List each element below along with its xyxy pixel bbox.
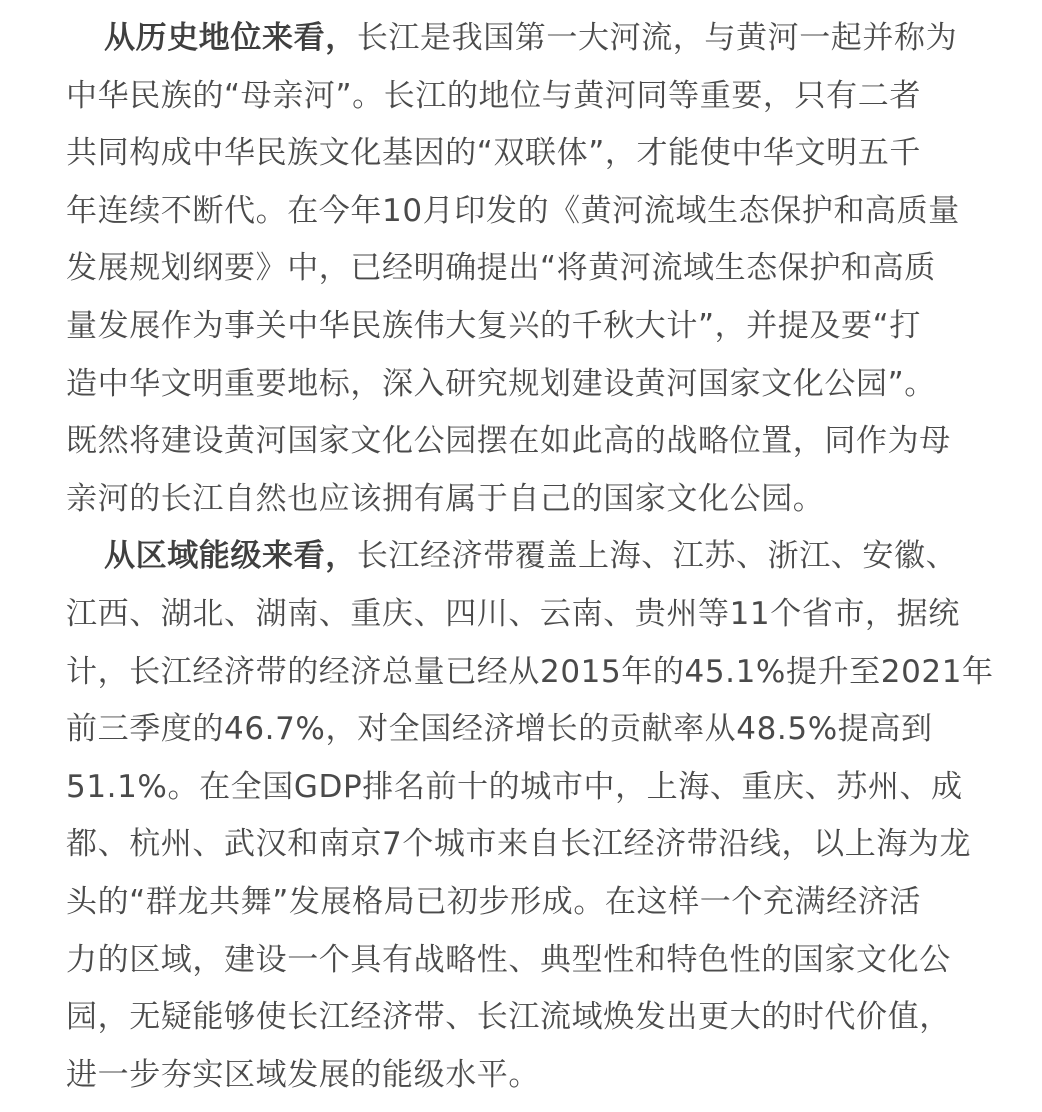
- text-line: 从区域能级来看，长江经济带覆盖上海、江苏、浙江、安徽、: [66, 528, 996, 586]
- paragraph-lead-bold: 从历史地位来看，: [104, 20, 357, 56]
- text-line: 江西、湖北、湖南、重庆、四川、云南、贵州等11个省市，据统: [66, 586, 996, 644]
- text-line: 园，无疑能够使长江经济带、长江流域焕发出更大的时代价值，: [66, 989, 996, 1047]
- text-line: 亲河的长江自然也应该拥有属于自己的国家文化公园。: [66, 471, 996, 529]
- text-line: 进一步夯实区域发展的能级水平。: [66, 1047, 996, 1105]
- text-line: 从历史地位来看，长江是我国第一大河流，与黄河一起并称为: [66, 10, 996, 68]
- paragraph-lead-bold: 从区域能级来看，: [104, 538, 357, 574]
- text-line: 共同构成中华民族文化基因的“双联体”，才能使中华文明五千: [66, 125, 996, 183]
- text-line: 造中华文明重要地标，深入研究规划建设黄河国家文化公园”。: [66, 356, 996, 414]
- text-line: 年连续不断代。在今年10月印发的《黄河流域生态保护和高质量: [66, 183, 996, 241]
- text-line: 头的“群龙共舞”发展格局已初步形成。在这样一个充满经济活: [66, 874, 996, 932]
- paragraph-historical-status: 从历史地位来看，长江是我国第一大河流，与黄河一起并称为 中华民族的“母亲河”。长…: [66, 10, 996, 528]
- paragraph-regional-level: 从区域能级来看，长江经济带覆盖上海、江苏、浙江、安徽、 江西、湖北、湖南、重庆、…: [66, 528, 996, 1104]
- text-line: 力的区域，建设一个具有战略性、典型性和特色性的国家文化公: [66, 932, 996, 990]
- text-line: 既然将建设黄河国家文化公园摆在如此高的战略位置，同作为母: [66, 413, 996, 471]
- text-line: 51.1%。在全国GDP排名前十的城市中，上海、重庆、苏州、成: [66, 759, 996, 817]
- text-line: 量发展作为事关中华民族伟大复兴的千秋大计”，并提及要“打: [66, 298, 996, 356]
- text-line: 都、杭州、武汉和南京7个城市来自长江经济带沿线，以上海为龙: [66, 816, 996, 874]
- text-line: 计，长江经济带的经济总量已经从2015年的45.1%提升至2021年: [66, 644, 996, 702]
- article-body: 从历史地位来看，长江是我国第一大河流，与黄河一起并称为 中华民族的“母亲河”。长…: [66, 10, 996, 1104]
- text-line: 发展规划纲要》中，已经明确提出“将黄河流域生态保护和高质: [66, 240, 996, 298]
- text-line: 前三季度的46.7%，对全国经济增长的贡献率从48.5%提高到: [66, 701, 996, 759]
- text-line: 中华民族的“母亲河”。长江的地位与黄河同等重要，只有二者: [66, 68, 996, 126]
